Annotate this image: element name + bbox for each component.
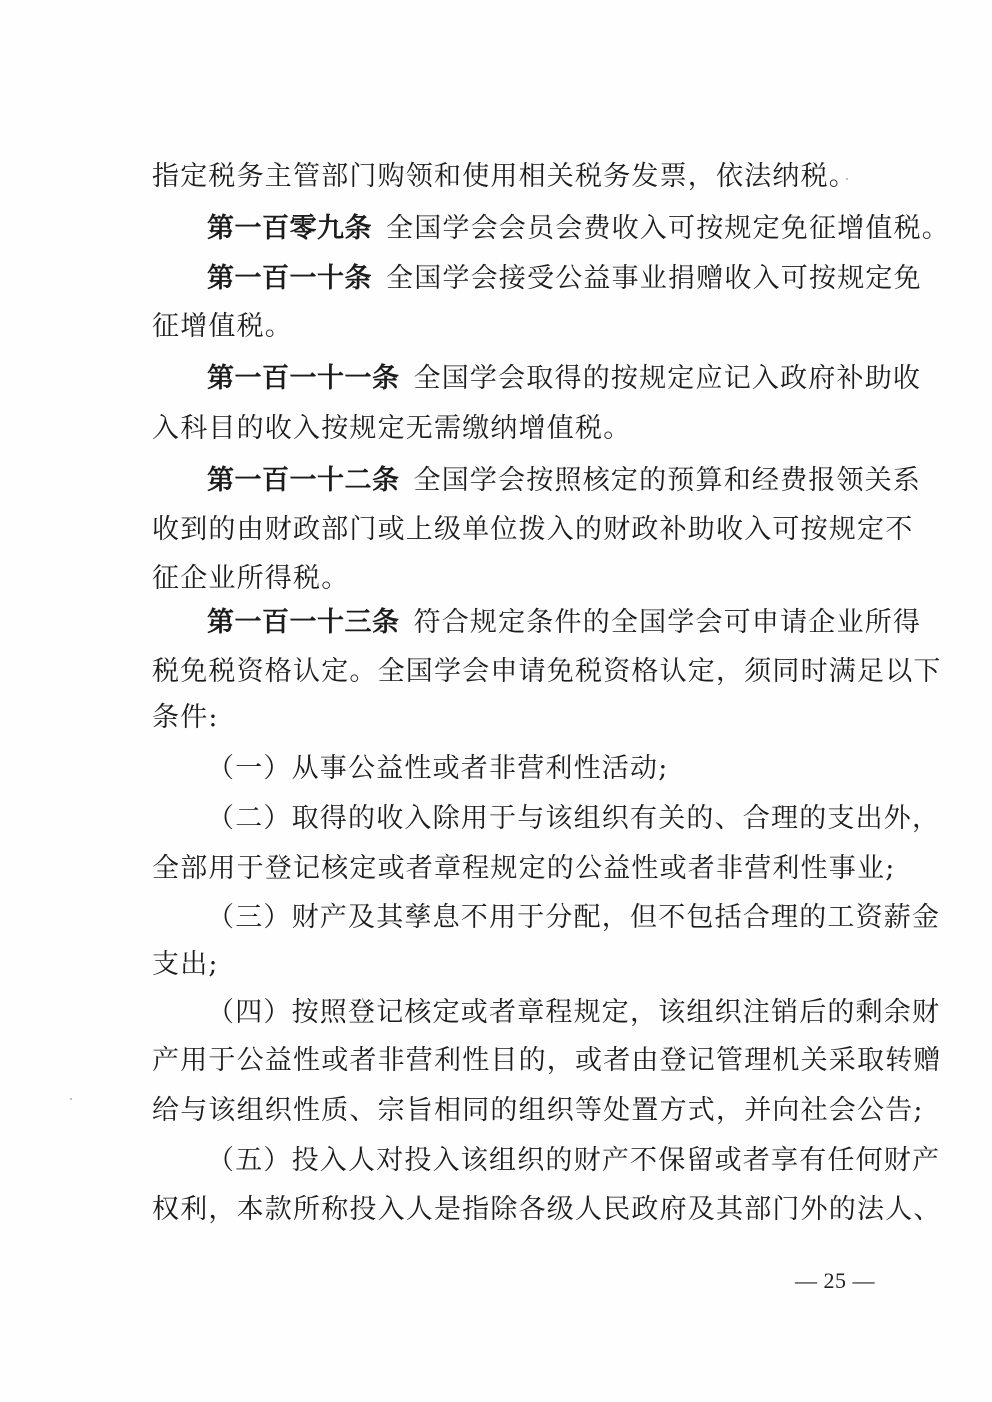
- line-text: （三）财产及其孳息不用于分配，但不包括合理的工资薪金: [207, 902, 940, 933]
- article-113: 第一百一十三条符合规定条件的全国学会可申请企业所得: [207, 606, 882, 640]
- line-text: 给与该组织性质、宗旨相同的组织等处置方式，并向社会公告;: [152, 1095, 924, 1126]
- line-text: 税免税资格认定。全国学会申请免税资格认定，须同时满足以下: [152, 656, 942, 687]
- article-heading: 第一百一十三条: [207, 607, 400, 638]
- article-body: 符合规定条件的全国学会可申请企业所得: [414, 607, 922, 638]
- document-page: 指定税务主管部门购领和使用相关税务发票，依法纳税。 第一百零九条全国学会会员会费…: [0, 0, 992, 1402]
- line-text: 支出;: [152, 949, 219, 980]
- article-109: 第一百零九条全国学会会员会费收入可按规定免征增值税。: [207, 212, 882, 246]
- article-110: 第一百一十条全国学会接受公益事业捐赠收入可按规定免: [207, 262, 882, 296]
- article-112-continuation: 收到的由财政部门或上级单位拨入的财政补助收入可按规定不: [152, 513, 882, 547]
- line-text: 入科目的收入按规定无需缴纳增值税。: [152, 413, 631, 444]
- condition-1: （一）从事公益性或者非营利性活动;: [207, 752, 882, 786]
- line-text: （五）投入人对投入该组织的财产不保留或者享有任何财产: [207, 1145, 940, 1176]
- article-110-continuation: 征增值税。: [152, 310, 882, 344]
- condition-5: （五）投入人对投入该组织的财产不保留或者享有任何财产: [207, 1144, 882, 1178]
- article-heading: 第一百一十二条: [207, 465, 400, 496]
- condition-3-continuation: 支出;: [152, 948, 882, 982]
- condition-2: （二）取得的收入除用于与该组织有关的、合理的支出外，: [207, 802, 882, 836]
- article-111: 第一百一十一条全国学会取得的按规定应记入政府补助收: [207, 362, 882, 396]
- condition-4: （四）按照登记核定或者章程规定，该组织注销后的剩余财: [207, 996, 882, 1030]
- text-line-continuation: 指定税务主管部门购领和使用相关税务发票，依法纳税。: [152, 160, 882, 194]
- article-111-continuation: 入科目的收入按规定无需缴纳增值税。: [152, 412, 882, 446]
- scan-speck: [846, 178, 848, 180]
- scan-speck: [70, 1098, 72, 1100]
- article-body: 全国学会接受公益事业捐赠收入可按规定免: [386, 263, 922, 294]
- article-body: 全国学会按照核定的预算和经费报领关系: [414, 465, 922, 496]
- condition-2-continuation: 全部用于登记核定或者章程规定的公益性或者非营利性事业;: [152, 852, 882, 886]
- condition-4-continuation: 产用于公益性或者非营利性目的，或者由登记管理机关采取转赠: [152, 1044, 882, 1078]
- line-text: 权利，本款所称投入人是指除各级人民政府及其部门外的法人、: [152, 1194, 942, 1225]
- condition-4-continuation: 给与该组织性质、宗旨相同的组织等处置方式，并向社会公告;: [152, 1094, 882, 1128]
- line-text: （四）按照登记核定或者章程规定，该组织注销后的剩余财: [207, 997, 940, 1028]
- article-heading: 第一百一十一条: [207, 363, 400, 394]
- line-text: 产用于公益性或者非营利性目的，或者由登记管理机关采取转赠: [152, 1045, 942, 1076]
- line-text: 指定税务主管部门购领和使用相关税务发票，依法纳税。: [152, 161, 857, 192]
- article-112-continuation: 征企业所得税。: [152, 562, 882, 596]
- article-113-continuation: 税免税资格认定。全国学会申请免税资格认定，须同时满足以下: [152, 655, 882, 689]
- page-number: — 25 —: [795, 1268, 875, 1294]
- condition-3: （三）财产及其孳息不用于分配，但不包括合理的工资薪金: [207, 901, 882, 935]
- article-body: 全国学会取得的按规定应记入政府补助收: [414, 363, 922, 394]
- line-text: 征增值税。: [152, 311, 293, 342]
- line-text: （一）从事公益性或者非营利性活动;: [207, 753, 669, 784]
- article-body: 全国学会会员会费收入可按规定免征增值税。: [386, 213, 950, 244]
- article-heading: 第一百一十条: [207, 263, 372, 294]
- line-text: 全部用于登记核定或者章程规定的公益性或者非营利性事业;: [152, 853, 896, 884]
- line-text: 征企业所得税。: [152, 563, 349, 594]
- article-113-continuation: 条件:: [152, 701, 882, 735]
- line-text: （二）取得的收入除用于与该组织有关的、合理的支出外，: [207, 803, 940, 834]
- condition-5-continuation: 权利，本款所称投入人是指除各级人民政府及其部门外的法人、: [152, 1193, 882, 1227]
- article-112: 第一百一十二条全国学会按照核定的预算和经费报领关系: [207, 464, 882, 498]
- line-text: 条件:: [152, 702, 219, 733]
- line-text: 收到的由财政部门或上级单位拨入的财政补助收入可按规定不: [152, 514, 913, 545]
- article-heading: 第一百零九条: [207, 213, 372, 244]
